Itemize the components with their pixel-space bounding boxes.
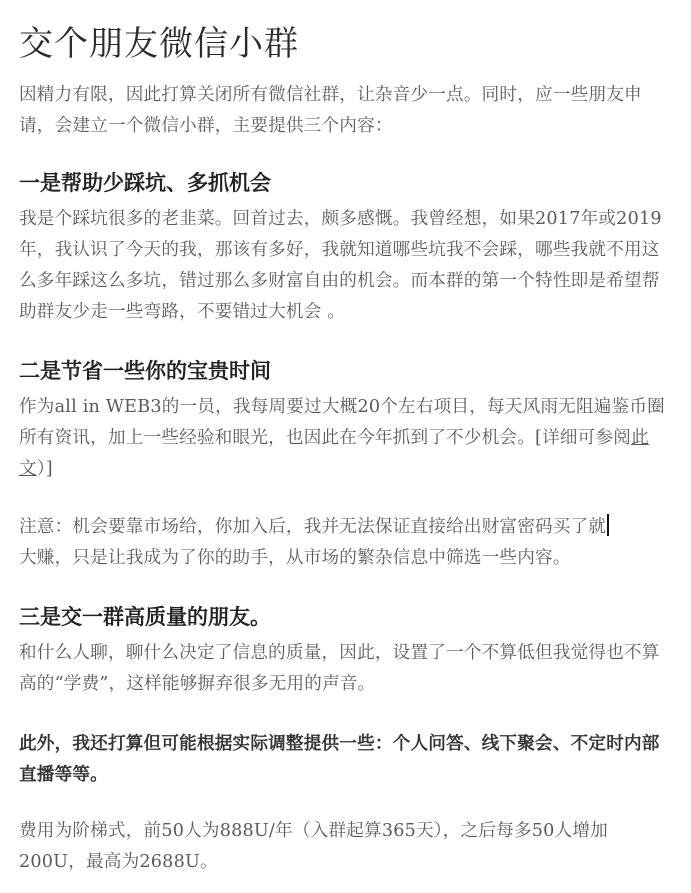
section-3-body: 和什么人聊，聊什么决定了信息的质量，因此，设置了一个不算低但我觉得也不算高的“学… — [19, 638, 671, 700]
section-1-body: 我是个踩坑很多的老韭菜。回首过去，颇多感慨。我曾经想，如果2017年或2019年… — [19, 204, 671, 328]
intro-paragraph: 因精力有限，因此打算关闭所有微信社群，让杂音少一点。同时，应一些朋友申请，会建立… — [19, 80, 671, 142]
page-title: 交个朋友微信小群 — [19, 22, 299, 66]
notice-line-2: 大赚，只是让我成为了你的助手，从市场的繁杂信息中筛选一些内容。 — [19, 548, 571, 568]
section-2-body-tail: ）] — [37, 459, 53, 479]
section-2-body: 作为all in WEB3的一员，我每周要过大概20个左右项目，每天风雨无阻遍鉴… — [19, 392, 671, 485]
notice-line-1: 注意：机会要靠市场给，你加入后，我并无法保证直接给出财富密码买了就 — [19, 517, 606, 537]
extra-services-paragraph: 此外，我还打算但可能根据实际调整提供一些：个人问答、线下聚会、不定时内部直播等等… — [19, 728, 671, 790]
section-2-heading: 二是节省一些你的宝贵时间 — [19, 356, 271, 386]
section-2-body-text: 作为all in WEB3的一员，我每周要过大概20个左右项目，每天风雨无阻遍鉴… — [19, 397, 665, 448]
text-cursor — [607, 514, 609, 536]
pricing-paragraph: 费用为阶梯式，前50人为888U/年（入群起算365天），之后每多50人增加20… — [19, 816, 671, 878]
section-1-heading: 一是帮助少踩坑、多抓机会 — [19, 168, 271, 198]
section-3-heading: 三是交一群高质量的朋友。 — [19, 602, 271, 632]
notice-paragraph[interactable]: 注意：机会要靠市场给，你加入后，我并无法保证直接给出财富密码买了就大赚，只是让我… — [19, 512, 671, 574]
